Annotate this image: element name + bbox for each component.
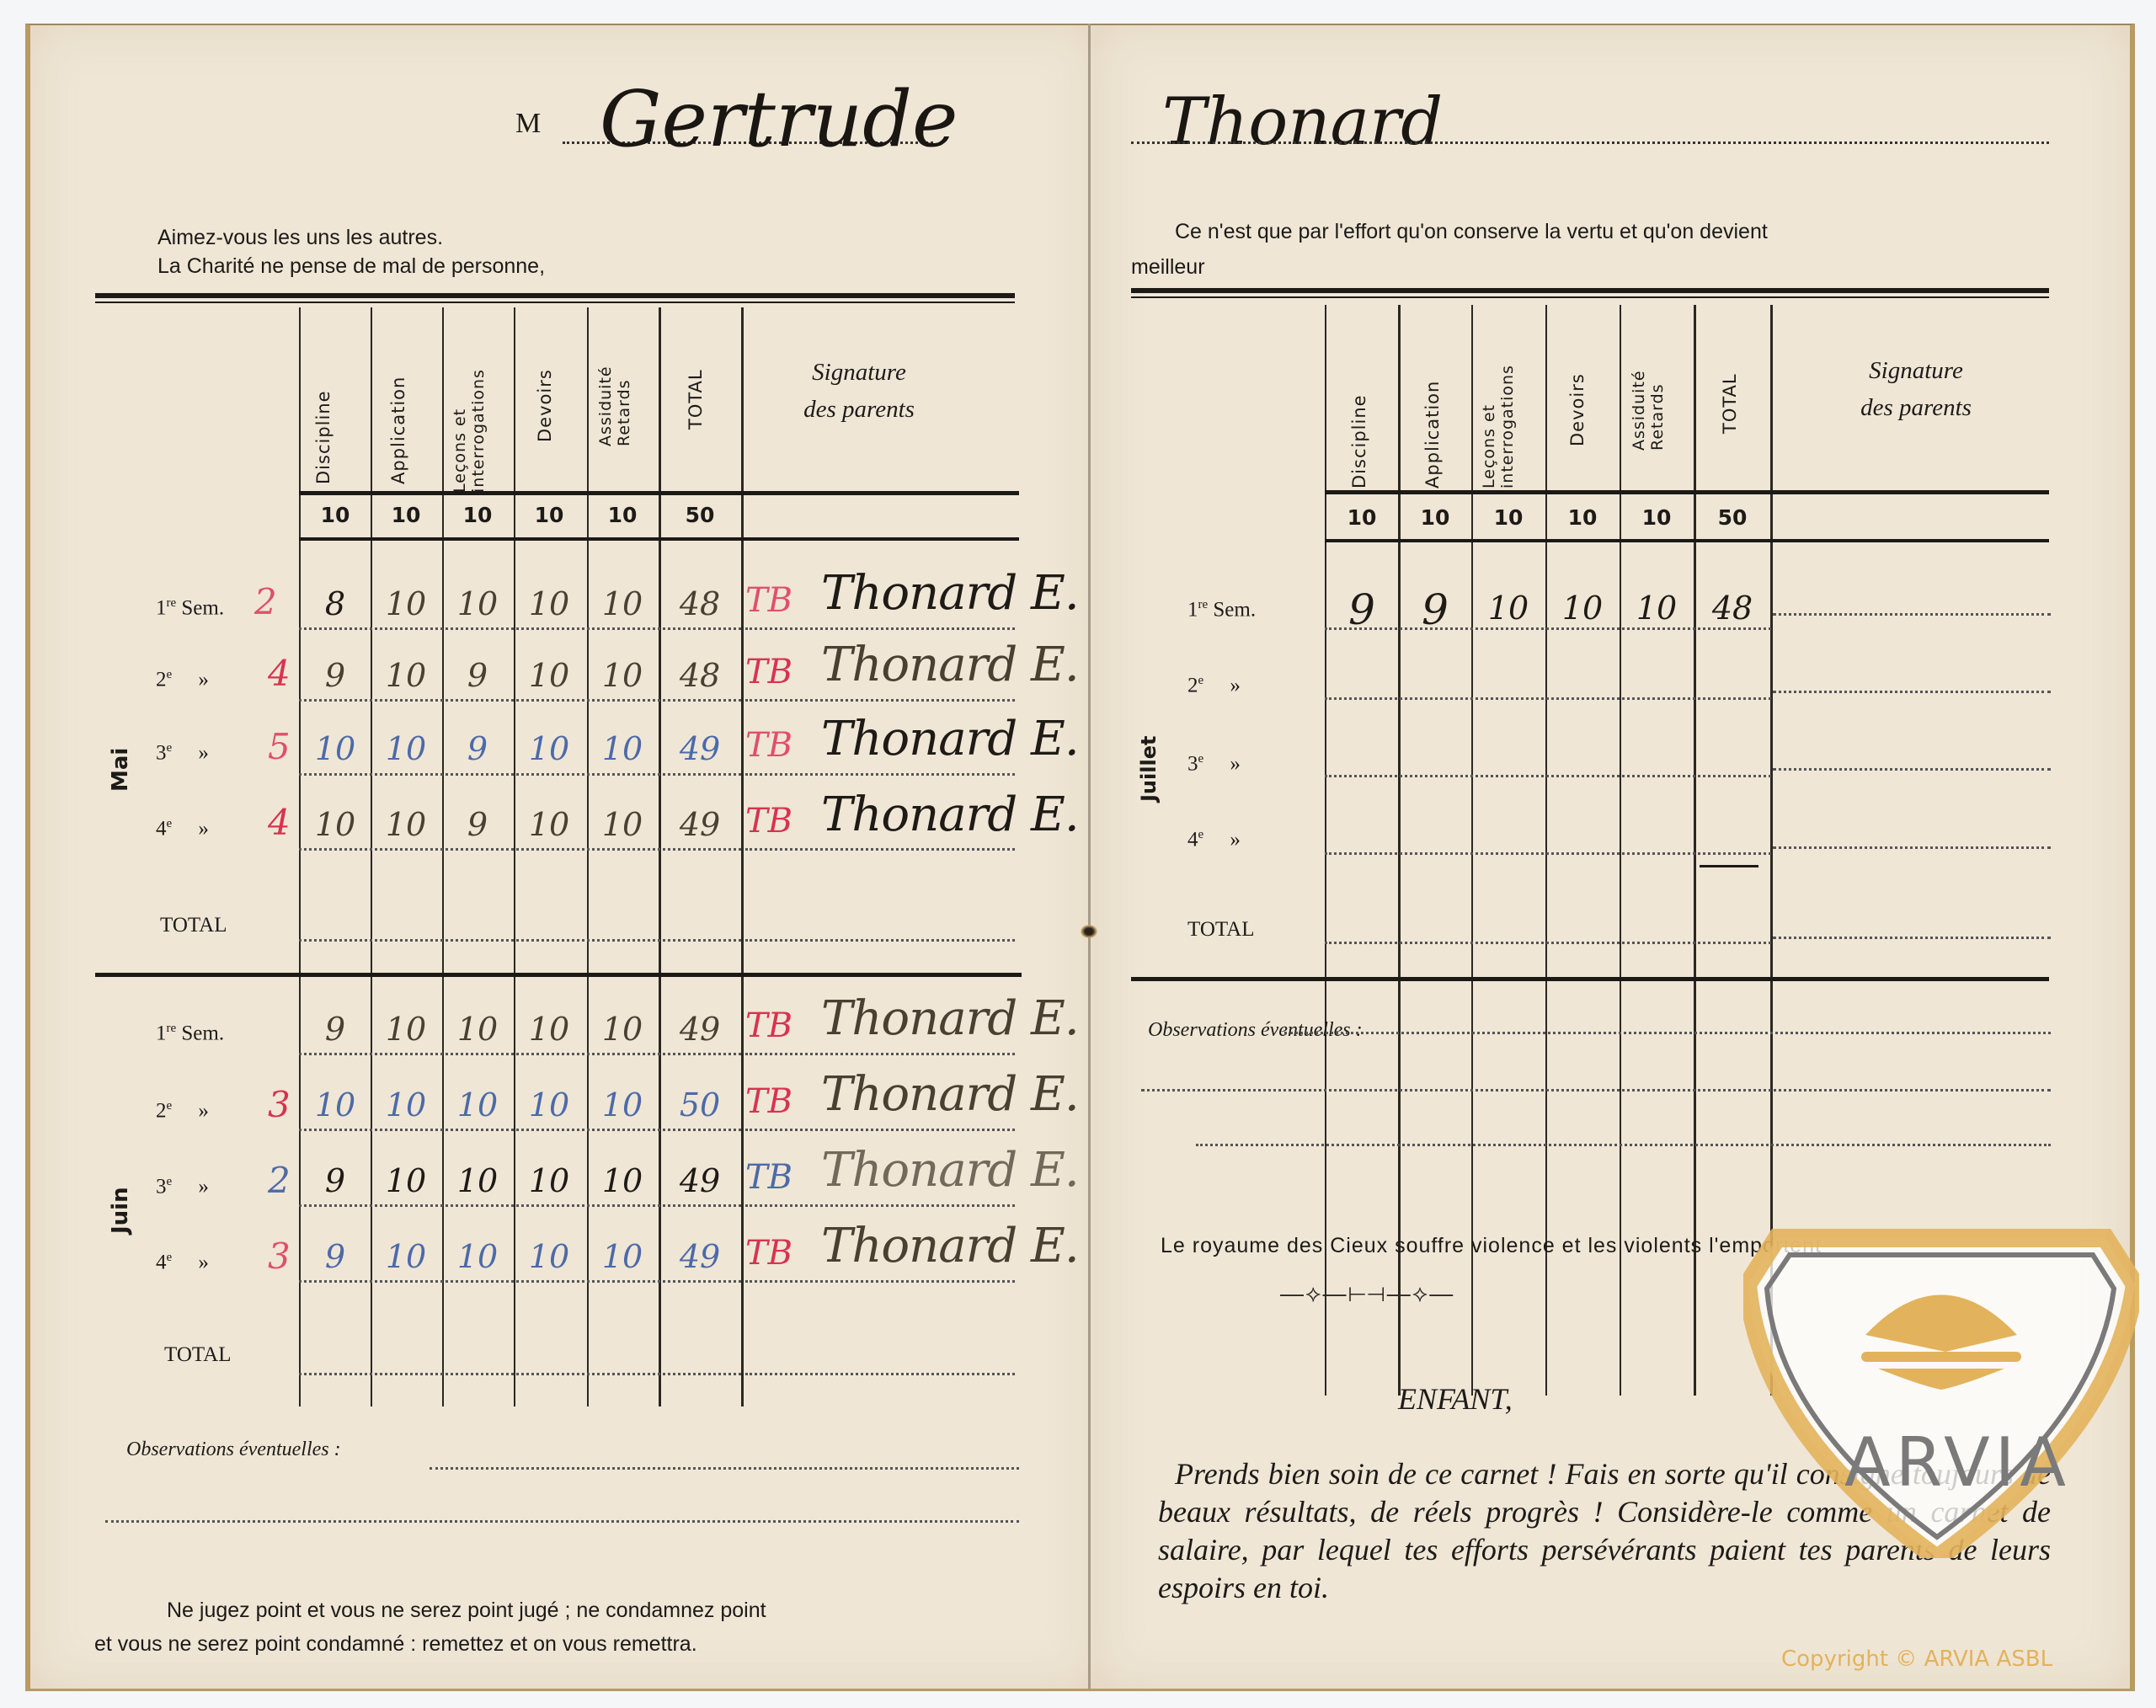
row-label: 1re Sem. (156, 1022, 224, 1045)
max-points-rule (299, 491, 1019, 495)
max-total: 50 (662, 503, 738, 527)
right-table-bottom-rule (1131, 977, 2049, 981)
right-header-rule (1131, 288, 2049, 293)
copyright-notice: Copyright © ARVIA ASBL (1781, 1647, 2052, 1672)
score-application: 10 (372, 657, 440, 694)
row-dots (745, 848, 1015, 851)
max-discipline: 10 (302, 503, 369, 527)
row-label: 4e » (1187, 828, 1241, 851)
left-footer-line-2: et vous ne serez point condamné : remett… (94, 1630, 697, 1658)
right-header-rule-thin (1131, 296, 2049, 298)
score-entry-line[interactable] (1325, 852, 1771, 855)
row-dots (299, 1053, 741, 1055)
row-dots (299, 773, 741, 776)
signature-header: Signature des parents (1811, 352, 2021, 426)
score-devoirs: 10 (515, 806, 583, 843)
student-last-name: Thonard (1162, 84, 1443, 160)
row-dots (299, 699, 741, 702)
row-dots (299, 848, 741, 851)
score-assiduite: 10 (589, 730, 656, 767)
max-application: 10 (372, 503, 440, 527)
max-application: 10 (1401, 505, 1470, 530)
score-assiduite: 10 (589, 806, 656, 843)
score-application: 9 (1401, 585, 1470, 634)
score-devoirs: 10 (515, 657, 583, 694)
score-devoirs: 10 (515, 585, 583, 622)
row-label: 4e » (156, 1251, 209, 1274)
col-divider (299, 307, 301, 1406)
juillet-total-sig-dots[interactable] (1773, 937, 2051, 939)
parent-signature: Thonard E. (821, 787, 1079, 842)
right-observations-line-3[interactable] (1196, 1144, 2051, 1146)
rank: 5 (268, 726, 291, 767)
juin-total-label: TOTAL (164, 1343, 231, 1367)
month-separator-rule (95, 973, 1022, 977)
score-lecons: 10 (444, 1162, 511, 1199)
score-total: 49 (662, 806, 738, 843)
row-dots (299, 1280, 741, 1283)
signature-line[interactable] (1773, 768, 2051, 771)
score-discipline: 9 (302, 657, 369, 694)
max-lecons: 10 (444, 503, 511, 527)
row-dots (299, 1129, 741, 1131)
parent-signature: Thonard E. (821, 1219, 1079, 1273)
score-assiduite: 10 (1622, 590, 1691, 627)
rank: 2 (254, 581, 277, 622)
left-motto-line-1: Aimez-vous les uns les autres. (157, 223, 443, 252)
score-discipline: 9 (302, 1011, 369, 1048)
staple-hole (1081, 925, 1097, 938)
score-discipline: 10 (302, 1086, 369, 1124)
parent-signature: Thonard E. (821, 712, 1079, 766)
col-divider-signature (741, 307, 744, 1406)
score-discipline: 9 (302, 1238, 369, 1275)
right-observations-label: Observations éventuelles : (1148, 1019, 1363, 1042)
left-observations-line-1[interactable] (430, 1467, 1019, 1470)
row-dots (745, 627, 1015, 630)
mention: TB (745, 1006, 792, 1045)
col-devoirs: Devoirs (536, 320, 554, 442)
score-lecons: 9 (444, 657, 511, 694)
score-total: 48 (1696, 590, 1769, 627)
row-dots (745, 1280, 1015, 1283)
signature-header-line-2: des parents (1811, 389, 2021, 426)
right-observations-line-1[interactable] (1284, 1032, 2051, 1034)
score-application: 10 (372, 585, 440, 622)
row-dots (299, 1204, 741, 1207)
juillet-total-label: TOTAL (1187, 918, 1254, 942)
student-first-name: Gertrude (600, 74, 958, 164)
mention: TB (745, 726, 792, 765)
score-devoirs: 10 (515, 1086, 583, 1124)
right-motto-line-1: Ce n'est que par l'effort qu'on conserve… (1175, 217, 1768, 246)
col-total: TOTAL (1721, 324, 1739, 434)
mention: TB (745, 653, 792, 691)
score-lecons: 10 (444, 1238, 511, 1275)
left-observations-line-2[interactable] (105, 1520, 1019, 1523)
score-assiduite: 10 (589, 1011, 656, 1048)
row-label: 3e » (156, 1175, 209, 1198)
score-devoirs: 10 (515, 1238, 583, 1275)
score-application: 10 (372, 1238, 440, 1275)
score-devoirs: 10 (515, 1162, 583, 1199)
score-discipline: 8 (302, 585, 369, 622)
rank: 4 (268, 802, 291, 843)
score-total: 49 (662, 1162, 738, 1199)
left-observations-label: Observations éventuelles : (126, 1438, 341, 1461)
row-label: 1re Sem. (156, 596, 224, 620)
score-total: 48 (662, 657, 738, 694)
score-total: 50 (662, 1086, 738, 1124)
score-application: 10 (372, 1011, 440, 1048)
score-total: 49 (662, 1011, 738, 1048)
score-discipline: 9 (302, 1162, 369, 1199)
mention: TB (745, 1234, 792, 1273)
right-quote: Le royaume des Cieux souffre violence et… (1161, 1231, 1822, 1260)
col-discipline: Discipline (1350, 324, 1369, 488)
col-application: Application (389, 320, 408, 484)
parent-signature: Thonard E. (821, 1143, 1079, 1198)
row-label: 3e » (1187, 752, 1241, 776)
row-label: 2e » (156, 668, 209, 691)
score-assiduite: 10 (589, 657, 656, 694)
parent-signature: Thonard E. (821, 638, 1079, 692)
right-motto-line-2: meilleur (1131, 253, 1205, 281)
arvia-logo-text: ARVIA (1844, 1423, 2071, 1502)
month-juin: Juin (108, 1166, 133, 1234)
month-juillet: Juillet (1137, 718, 1161, 802)
col-lecons: Leçons et interrogations (1480, 307, 1522, 488)
book-spine (1088, 24, 1091, 1689)
score-discipline: 10 (302, 806, 369, 843)
score-entry-line[interactable] (1325, 775, 1771, 777)
parent-signature: Thonard E. (821, 1067, 1079, 1122)
col-application: Application (1423, 324, 1442, 488)
max-devoirs: 10 (1548, 505, 1617, 530)
score-lecons: 10 (444, 585, 511, 622)
row-label: 3e » (156, 741, 209, 765)
score-total: 48 (662, 585, 738, 622)
max-discipline: 10 (1327, 505, 1396, 530)
signature-line[interactable] (1773, 846, 2051, 849)
max-devoirs: 10 (515, 503, 583, 527)
max-points-rule (1325, 490, 2049, 494)
row-dots (745, 1129, 1015, 1131)
right-observations-line-2[interactable] (1141, 1089, 2051, 1092)
month-mai: Mai (108, 733, 133, 792)
juin-total-dots (299, 1373, 741, 1375)
name-prefix: M (515, 108, 541, 140)
arvia-shield-logo-icon (1743, 1204, 2139, 1558)
score-discipline: 10 (302, 730, 369, 767)
row-dots (745, 1204, 1015, 1207)
score-assiduite: 10 (589, 1238, 656, 1275)
score-application: 10 (372, 1162, 440, 1199)
score-assiduite: 10 (589, 1162, 656, 1199)
mention: TB (745, 1082, 792, 1121)
mai-total-dots (299, 939, 741, 942)
enfant-heading: ENFANT, (1398, 1381, 1513, 1417)
mention: TB (745, 581, 792, 620)
header-rule-thin (95, 302, 1015, 303)
rank: 4 (268, 653, 291, 694)
mention: TB (745, 1158, 792, 1197)
signature-header-line-1: Signature (775, 354, 943, 391)
score-lecons: 9 (444, 806, 511, 843)
score-lecons: 10 (1474, 590, 1543, 627)
score-devoirs: 10 (515, 1011, 583, 1048)
left-motto-line-2: La Charité ne pense de mal de personne, (157, 252, 545, 280)
score-total: 49 (662, 730, 738, 767)
score-application: 10 (372, 1086, 440, 1124)
signature-header-line-1: Signature (1811, 352, 2021, 389)
max-points-bottom-rule (299, 537, 1019, 541)
row-label: 1re Sem. (1187, 598, 1256, 622)
col-lecons: Leçons et interrogations (451, 312, 493, 493)
score-total: 49 (662, 1238, 738, 1275)
score-devoirs: 10 (1548, 590, 1617, 627)
surname-dotted-line (1131, 141, 2049, 144)
juillet-total-dots[interactable] (1325, 942, 1771, 944)
rank: 3 (268, 1084, 291, 1125)
score-application: 10 (372, 730, 440, 767)
max-assiduite: 10 (1622, 505, 1691, 530)
parent-signature: Thonard E. (821, 991, 1079, 1046)
score-assiduite: 10 (589, 585, 656, 622)
ornament-divider-icon: —⟡—⊢⊣—⟡— (1280, 1280, 1454, 1308)
col-assiduite: Assiduité Retards (1630, 324, 1672, 451)
col-total: TOTAL (686, 320, 705, 430)
col-assiduite: Assiduité Retards (596, 320, 638, 446)
header-rule (95, 293, 1015, 298)
max-points-bottom-rule (1325, 539, 2049, 542)
signature-line[interactable] (1773, 691, 2051, 693)
row-dots (299, 627, 741, 630)
max-total: 50 (1696, 505, 1769, 530)
rank: 3 (268, 1236, 291, 1277)
score-entry-line[interactable] (1325, 697, 1771, 700)
mai-total-sig-dots (745, 939, 1015, 942)
row-dots (745, 773, 1015, 776)
rank: 2 (268, 1160, 291, 1201)
max-assiduite: 10 (589, 503, 656, 527)
row-label: 2e » (156, 1099, 209, 1123)
score-lecons: 10 (444, 1086, 511, 1124)
score-lecons: 10 (444, 1011, 511, 1048)
row-label: 2e » (1187, 674, 1241, 697)
score-lecons: 9 (444, 730, 511, 767)
total-underline (1700, 865, 1758, 867)
max-lecons: 10 (1474, 505, 1543, 530)
score-application: 10 (372, 806, 440, 843)
mention: TB (745, 802, 792, 841)
score-assiduite: 10 (589, 1086, 656, 1124)
score-discipline: 9 (1327, 585, 1396, 634)
col-discipline: Discipline (314, 320, 333, 484)
juin-total-sig-dots (745, 1373, 1015, 1375)
signature-line[interactable] (1773, 613, 2051, 616)
signature-header-line-2: des parents (775, 391, 943, 428)
parent-signature: Thonard E. (821, 566, 1079, 621)
col-devoirs: Devoirs (1568, 324, 1587, 446)
score-devoirs: 10 (515, 730, 583, 767)
col-divider-total (659, 307, 661, 1406)
row-dots (745, 699, 1015, 702)
row-label: 4e » (156, 817, 209, 841)
signature-header: Signature des parents (775, 354, 943, 428)
row-dots (745, 1053, 1015, 1055)
left-footer-line-1: Ne jugez point et vous ne serez point ju… (167, 1596, 766, 1625)
mai-total-label: TOTAL (160, 914, 227, 937)
